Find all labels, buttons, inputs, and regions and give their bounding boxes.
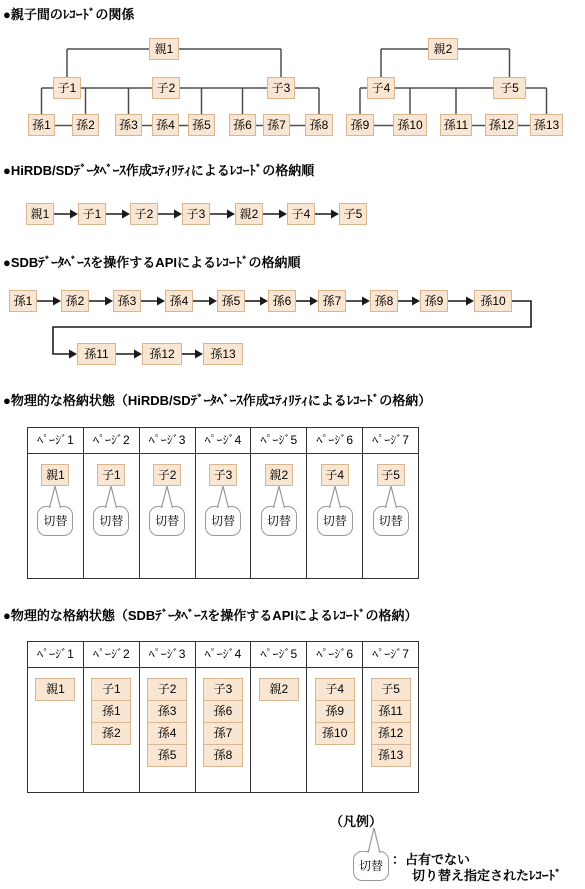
diagram-canvas: ●親子間のﾚｺｰﾄﾞの関係 ●HiRDB/SDﾃﾞｰﾀﾍﾞｰｽ作成ﾕﾃｨﾘﾃｨに… [0,0,585,889]
page-header-7: ﾍﾟｰｼﾞ7 [363,428,418,454]
tree-box-parent1: 親1 [149,38,179,60]
seq-utility-box-7: 子5 [339,203,367,225]
tree-box-child3: 子3 [267,77,295,99]
page-header-6: ﾍﾟｰｼﾞ6 [307,642,362,668]
switch-bubble: 切替 [37,506,73,536]
legend-bubble-tail [364,828,384,853]
switch-bubble: 切替 [261,506,297,536]
page-header-2: ﾍﾟｰｼﾞ2 [84,428,139,454]
seq-api-box-13: 孫13 [203,343,243,365]
seq-api-box-7: 孫7 [318,290,346,312]
page-header-6: ﾍﾟｰｼﾞ6 [307,428,362,454]
switch-bubble: 切替 [317,506,353,536]
page-column-4: ﾍﾟｰｼﾞ4 子3 切替 [196,428,252,578]
page-column-1: ﾍﾟｰｼﾞ1 親1 [28,642,84,792]
storage-record-box: 子5 [371,678,411,701]
storage-record-box: 孫9 [315,700,355,723]
switch-bubble: 切替 [149,506,185,536]
switch-bubble: 切替 [93,506,129,536]
storage-record-box: 子3 [209,464,237,486]
bubble-tail [326,486,344,508]
bubble-tail [102,486,120,508]
record-stack: 子5 孫11 孫12 孫13 [371,678,411,767]
page-header-1: ﾍﾟｰｼﾞ1 [28,642,83,668]
seq-api-box-1: 孫1 [9,290,37,312]
page-cell: 親2 切替 [261,464,297,536]
tree-box-parent2: 親2 [428,38,458,60]
page-column-3: ﾍﾟｰｼﾞ3 子2 孫3 孫4 孫5 [140,642,196,792]
section-heading-utility-order: ●HiRDB/SDﾃﾞｰﾀﾍﾞｰｽ作成ﾕﾃｨﾘﾃｨによるﾚｺｰﾄﾞの格納順 [3,164,314,178]
storage-record-box: 子4 [321,464,349,486]
tree-box-gc3: 孫3 [115,114,142,136]
tree-box-gc13: 孫13 [530,114,563,136]
page-column-6: ﾍﾟｰｼﾞ6 子4 孫9 孫10 [307,642,363,792]
section-heading-physical-api: ●物理的な格納状態（SDBﾃﾞｰﾀﾍﾞｰｽを操作するAPIによるﾚｺｰﾄﾞの格納… [3,609,417,623]
storage-record-box: 孫12 [371,722,411,745]
tree-box-child2: 子2 [152,77,180,99]
storage-record-box: 子4 [315,678,355,701]
legend-description-line1: ：占有でない [392,853,470,867]
storage-record-box: 子2 [147,678,187,701]
switch-bubble: 切替 [205,506,241,536]
storage-record-box: 子1 [97,464,125,486]
storage-api-table: ﾍﾟｰｼﾞ1 親1 ﾍﾟｰｼﾞ2 子1 孫1 孫2 ﾍﾟｰｼﾞ3 子2 孫3 孫… [27,641,419,793]
storage-record-box: 孫11 [371,700,411,723]
storage-record-box: 親1 [41,464,69,486]
tree-box-gc12: 孫12 [485,114,518,136]
page-header-5: ﾍﾟｰｼﾞ5 [251,642,306,668]
seq-api-box-6: 孫6 [268,290,296,312]
storage-record-box: 孫6 [203,700,243,723]
tree-box-child4: 子4 [367,77,395,99]
record-stack: 子3 孫6 孫7 孫8 [203,678,243,767]
page-header-2: ﾍﾟｰｼﾞ2 [84,642,139,668]
record-stack: 親1 [35,678,75,701]
storage-record-box: 子3 [203,678,243,701]
legend-switch-bubble: 切替 [353,851,389,881]
page-column-7: ﾍﾟｰｼﾞ7 子5 切替 [363,428,418,578]
seq-api-box-9: 孫9 [420,290,448,312]
storage-record-box: 子1 [91,678,131,701]
page-column-5: ﾍﾟｰｼﾞ5 親2 切替 [251,428,307,578]
page-cell: 子5 切替 [373,464,409,536]
storage-record-box: 孫8 [203,744,243,767]
page-cell: 子3 切替 [205,464,241,536]
switch-bubble: 切替 [373,506,409,536]
page-header-1: ﾍﾟｰｼﾞ1 [28,428,83,454]
tree-box-gc4: 孫4 [152,114,179,136]
page-column-1: ﾍﾟｰｼﾞ1 親1 切替 [28,428,84,578]
page-cell: 子1 切替 [93,464,129,536]
seq-api-box-2: 孫2 [61,290,89,312]
tree-box-gc11: 孫11 [440,114,472,136]
seq-api-box-4: 孫4 [165,290,193,312]
storage-record-box: 親1 [35,678,75,701]
tree-box-gc9: 孫9 [346,114,374,136]
seq-api-box-10: 孫10 [474,290,512,312]
tree-box-gc2: 孫2 [72,114,99,136]
seq-api-box-8: 孫8 [370,290,398,312]
bubble-tail [382,486,400,508]
bubble-tail [46,486,64,508]
seq-api-box-12: 孫12 [142,343,182,365]
record-stack: 子4 孫9 孫10 [315,678,355,745]
storage-record-box: 孫10 [315,722,355,745]
page-header-4: ﾍﾟｰｼﾞ4 [196,428,251,454]
page-column-2: ﾍﾟｰｼﾞ2 子1 切替 [84,428,140,578]
page-header-3: ﾍﾟｰｼﾞ3 [140,428,195,454]
storage-record-box: 孫1 [91,700,131,723]
page-cell: 親1 切替 [37,464,73,536]
legend-description-line2: 切り替え指定されたﾚｺｰﾄﾞ [412,869,562,883]
bubble-tail [270,486,288,508]
tree-box-gc5: 孫5 [188,114,215,136]
tree-box-gc1: 孫1 [28,114,55,136]
section-heading-relation: ●親子間のﾚｺｰﾄﾞの関係 [3,8,134,22]
page-header-4: ﾍﾟｰｼﾞ4 [196,642,251,668]
page-column-2: ﾍﾟｰｼﾞ2 子1 孫1 孫2 [84,642,140,792]
seq-api-box-5: 孫5 [217,290,245,312]
seq-utility-box-5: 親2 [235,203,263,225]
seq-utility-box-6: 子4 [287,203,315,225]
storage-record-box: 親2 [265,464,293,486]
section-heading-api-order: ●SDBﾃﾞｰﾀﾍﾞｰｽを操作するAPIによるﾚｺｰﾄﾞの格納順 [3,256,300,270]
storage-record-box: 子5 [377,464,405,486]
page-header-5: ﾍﾟｰｼﾞ5 [251,428,306,454]
storage-record-box: 孫5 [147,744,187,767]
bubble-tail [214,486,232,508]
seq-utility-box-3: 子2 [130,203,158,225]
storage-record-box: 孫7 [203,722,243,745]
storage-utility-table: ﾍﾟｰｼﾞ1 親1 切替 ﾍﾟｰｼﾞ2 子1 切替 ﾍﾟｰｼﾞ3 子2 切替 [27,427,419,579]
storage-record-box: 孫3 [147,700,187,723]
seq-api-box-11: 孫11 [77,343,116,365]
page-cell: 子4 切替 [317,464,353,536]
seq-utility-box-1: 親1 [26,203,54,225]
seq-api-box-3: 孫3 [113,290,141,312]
storage-record-box: 親2 [259,678,299,701]
storage-record-box: 孫2 [91,722,131,745]
page-column-5: ﾍﾟｰｼﾞ5 親2 [251,642,307,792]
tree-box-gc7: 孫7 [263,114,290,136]
page-column-6: ﾍﾟｰｼﾞ6 子4 切替 [307,428,363,578]
seq-utility-box-2: 子1 [78,203,106,225]
page-header-3: ﾍﾟｰｼﾞ3 [140,642,195,668]
page-column-3: ﾍﾟｰｼﾞ3 子2 切替 [140,428,196,578]
tree-box-gc10: 孫10 [393,114,427,136]
storage-record-box: 孫4 [147,722,187,745]
seq-utility-box-4: 子3 [182,203,210,225]
record-stack: 子2 孫3 孫4 孫5 [147,678,187,767]
tree-box-gc8: 孫8 [305,114,333,136]
tree-box-gc6: 孫6 [229,114,256,136]
page-column-7: ﾍﾟｰｼﾞ7 子5 孫11 孫12 孫13 [363,642,418,792]
record-stack: 親2 [259,678,299,701]
storage-record-box: 孫13 [371,744,411,767]
bubble-tail [158,486,176,508]
page-cell: 子2 切替 [149,464,185,536]
section-heading-physical-utility: ●物理的な格納状態（HiRDB/SDﾃﾞｰﾀﾍﾞｰｽ作成ﾕﾃｨﾘﾃｨによるﾚｺｰ… [3,394,431,408]
page-column-4: ﾍﾟｰｼﾞ4 子3 孫6 孫7 孫8 [196,642,252,792]
tree-box-child1: 子1 [53,77,81,99]
storage-record-box: 子2 [153,464,181,486]
record-stack: 子1 孫1 孫2 [91,678,131,745]
page-header-7: ﾍﾟｰｼﾞ7 [363,642,418,668]
tree-box-child5: 子5 [493,77,526,99]
